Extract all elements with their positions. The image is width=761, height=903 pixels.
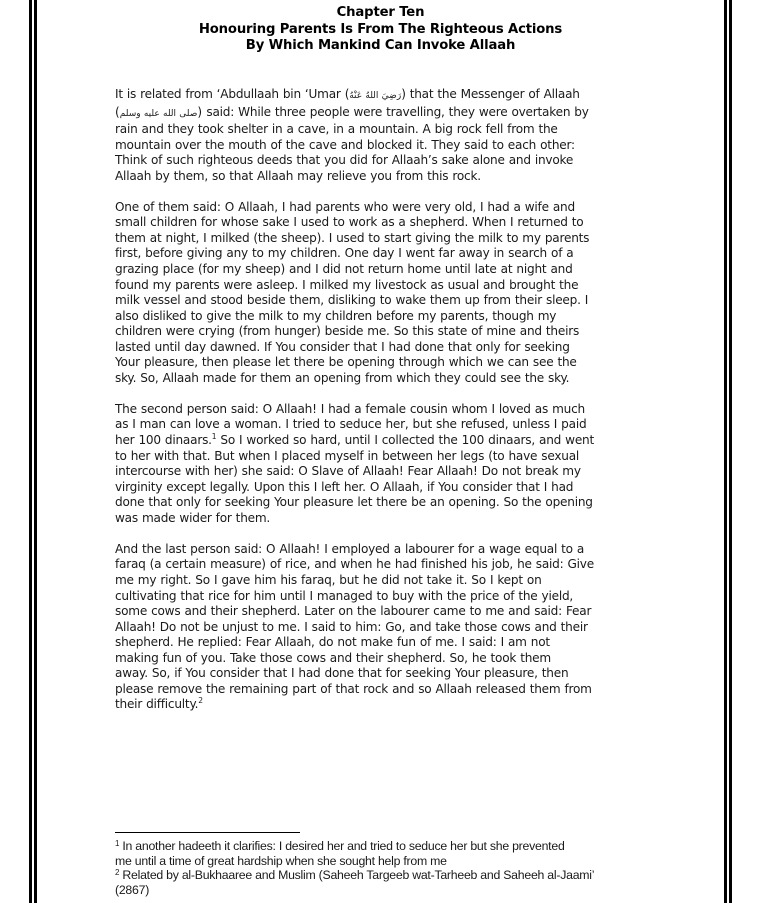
text-line: their difficulty.2 [115, 697, 653, 713]
text-line: And the last person said: O Allaah! I em… [115, 542, 653, 558]
footnote-1: 1 In another hadeeth it clarifies: I des… [115, 839, 675, 868]
footnote-separator [115, 832, 300, 833]
text-line: found my parents were asleep. I milked m… [115, 278, 653, 294]
text-line: away. So, if You consider that I had don… [115, 666, 653, 682]
text-line: milk vessel and stood beside them, disli… [115, 293, 653, 309]
chapter-title-line-1: Honouring Parents Is From The Righteous … [37, 22, 724, 39]
chapter-title-line-2: By Which Mankind Can Invoke Allaah [37, 38, 724, 55]
text-line: making fun of you. Take those cows and t… [115, 651, 653, 667]
paragraph-last-person: And the last person said: O Allaah! I em… [115, 542, 653, 713]
chapter-body: It is related from ‘Abdullaah bin ‘Umar … [115, 87, 653, 728]
page-border-right-inner [724, 0, 727, 903]
arabic-honorific-sallallahu-alayhi-wasallam: صلى الله عليه وسلم [120, 109, 198, 119]
text-line: virginity except legally. Upon this I le… [115, 480, 653, 496]
text-line: sky. So, Allaah made for them an opening… [115, 371, 653, 387]
footnotes: 1 In another hadeeth it clarifies: I des… [115, 839, 675, 897]
text-line: intercourse with her) she said: O Slave … [115, 464, 653, 480]
chapter-heading: Chapter Ten Honouring Parents Is From Th… [37, 5, 724, 55]
text-line: her 100 dinaars.1 So I worked so hard, u… [115, 433, 653, 449]
text-line: faraq (a certain measure) of rice, and w… [115, 557, 653, 573]
text-line: done that only for seeking Your pleasure… [115, 495, 653, 511]
page-border-right-outer [729, 0, 732, 903]
text-line: Allaah by them, so that Allaah may relie… [115, 169, 653, 185]
text-line: cultivating that rice for him until I ma… [115, 589, 653, 605]
text-line: lasted until day dawned. If You consider… [115, 340, 653, 356]
footnote-2: 2 Related by al-Bukhaaree and Muslim (Sa… [115, 868, 675, 897]
text-line: (صلى الله عليه وسلم) said: While three p… [115, 105, 653, 123]
text-line: them at night, I milked (the sheep). I u… [115, 231, 653, 247]
arabic-honorific-radiallahu-anhu: رَضِيَ اللهُ عَنْهُ [349, 91, 401, 101]
paragraph-first-person: One of them said: O Allaah, I had parent… [115, 200, 653, 387]
paragraph-second-person: The second person said: O Allaah! I had … [115, 402, 653, 526]
text-line: Allaah! Do not be unjust to me. I said t… [115, 620, 653, 636]
text-line: to her with that. But when I placed myse… [115, 449, 653, 465]
page-border-left-outer [29, 0, 32, 903]
page-border-left-inner [34, 0, 37, 903]
text-line: first, before giving any to my children.… [115, 246, 653, 262]
text-line: also disliked to give the milk to my chi… [115, 309, 653, 325]
text-line: please remove the remaining part of that… [115, 682, 653, 698]
text-line: The second person said: O Allaah! I had … [115, 402, 653, 418]
text-line: grazing place (for my sheep) and I did n… [115, 262, 653, 278]
text-line: Think of such righteous deeds that you d… [115, 153, 653, 169]
text-line: It is related from ‘Abdullaah bin ‘Umar … [115, 87, 653, 105]
footnote-ref-2[interactable]: 2 [198, 696, 203, 705]
text-line: shepherd. He replied: Fear Allaah, do no… [115, 635, 653, 651]
text-line: small children for whose sake I used to … [115, 215, 653, 231]
text-line: was made wider for them. [115, 511, 653, 527]
text-line: rain and they took shelter in a cave, in… [115, 122, 653, 138]
text-line: as I man can love a woman. I tried to se… [115, 417, 653, 433]
text-line: mountain over the mouth of the cave and … [115, 138, 653, 154]
paragraph-intro: It is related from ‘Abdullaah bin ‘Umar … [115, 87, 653, 184]
text-line: One of them said: O Allaah, I had parent… [115, 200, 653, 216]
text-line: me my right. So I gave him his faraq, bu… [115, 573, 653, 589]
chapter-number: Chapter Ten [37, 5, 724, 22]
text-line: Your pleasure, then please let there be … [115, 355, 653, 371]
text-line: children were crying (from hunger) besid… [115, 324, 653, 340]
text-line: some cows and their shepherd. Later on t… [115, 604, 653, 620]
